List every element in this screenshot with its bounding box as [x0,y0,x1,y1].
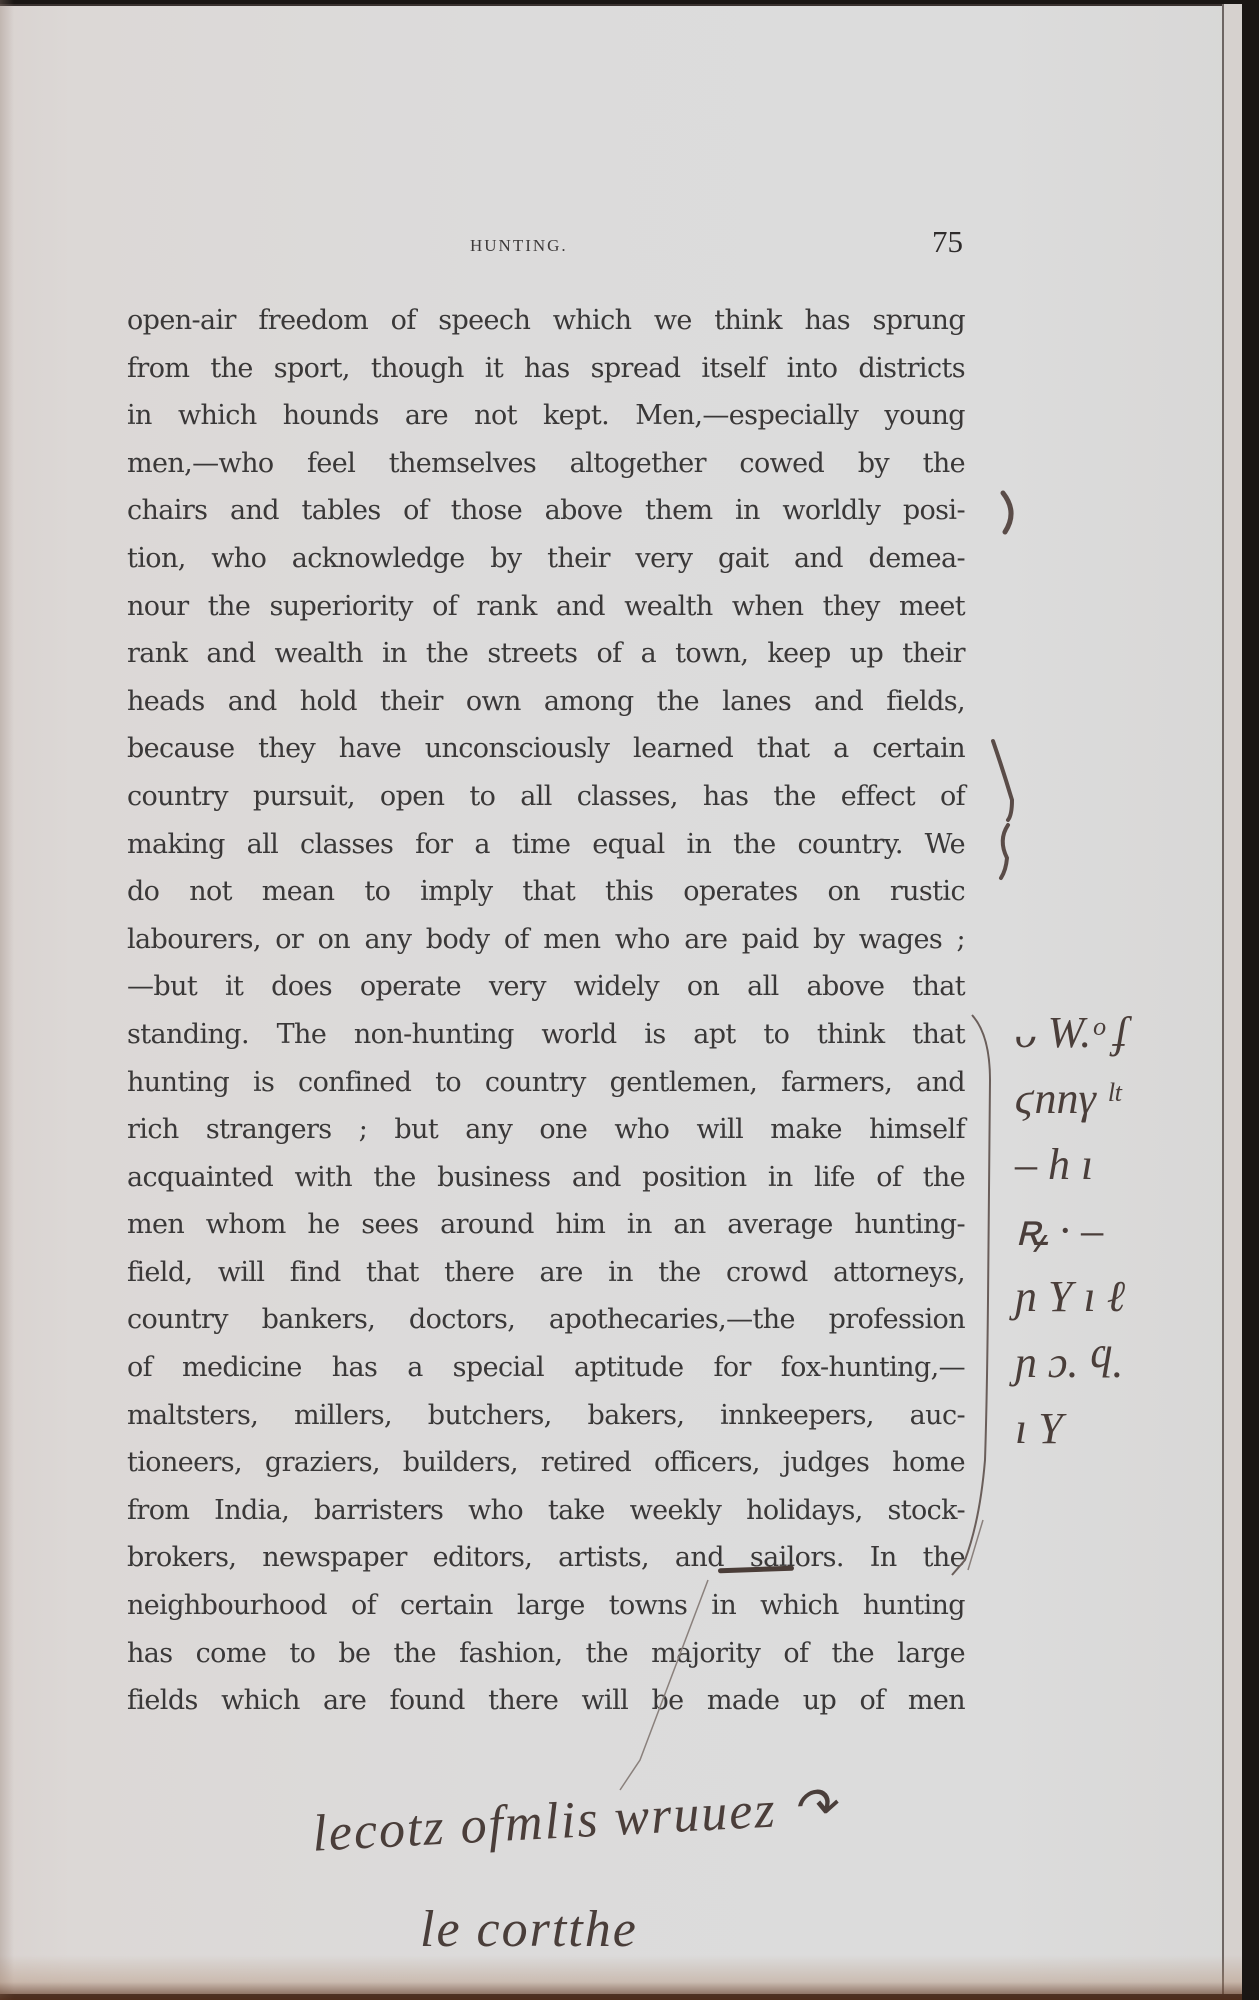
bottom-handwritten-note: le cortthe [420,1900,638,1959]
diagonal-stroke-icon [620,1580,708,1790]
margin-sideline-icon [952,1015,990,1575]
margin-bracket-icon [1003,493,1011,532]
margin-shorthand-note: ᴗ W.ᵒ ʄ ϛnnγ ˡᵗ – h ı ꝶ · – ɲ Y ı ℓ ɲ ɔ.… [1015,1000,1215,1462]
margin-bracket-icon [993,741,1012,820]
margin-bracket-icon [1001,825,1008,878]
